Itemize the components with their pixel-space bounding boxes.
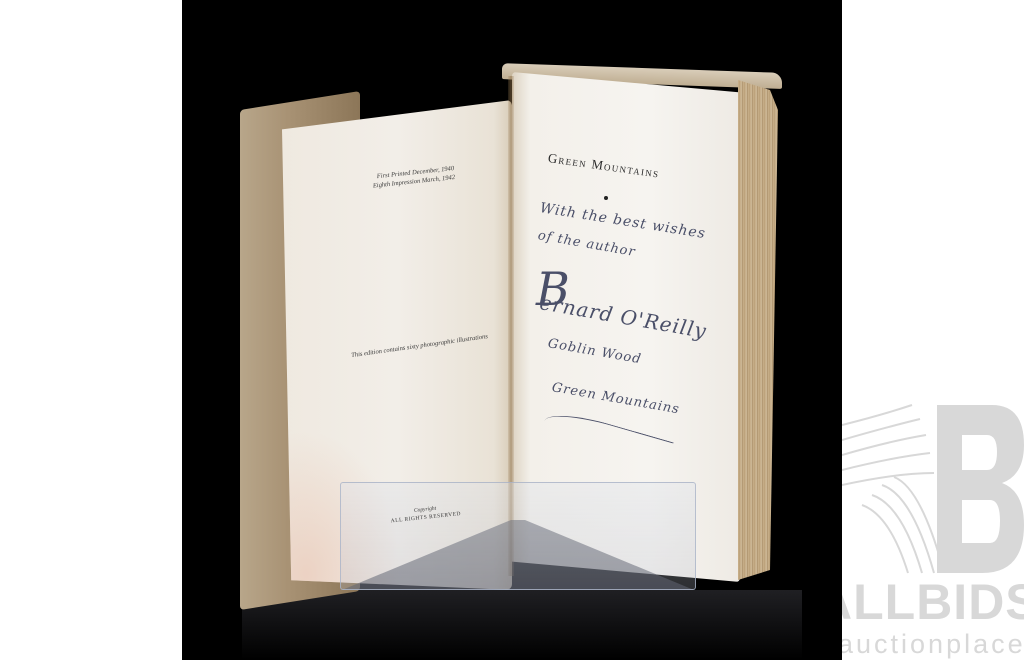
auction-watermark: ALLBIDS auctionplace xyxy=(842,395,1024,660)
title-ornament xyxy=(604,196,608,200)
watermark-brand: ALLBIDS xyxy=(842,573,1024,631)
watermark-tagline: auctionplace xyxy=(842,629,1024,660)
acrylic-stand xyxy=(340,482,696,590)
product-photo: First Printed December, 1940 Eighth Impr… xyxy=(182,0,842,660)
table-reflection xyxy=(242,590,802,660)
fingerprint-logo-icon xyxy=(842,395,1024,575)
book-page-edges xyxy=(738,80,778,580)
